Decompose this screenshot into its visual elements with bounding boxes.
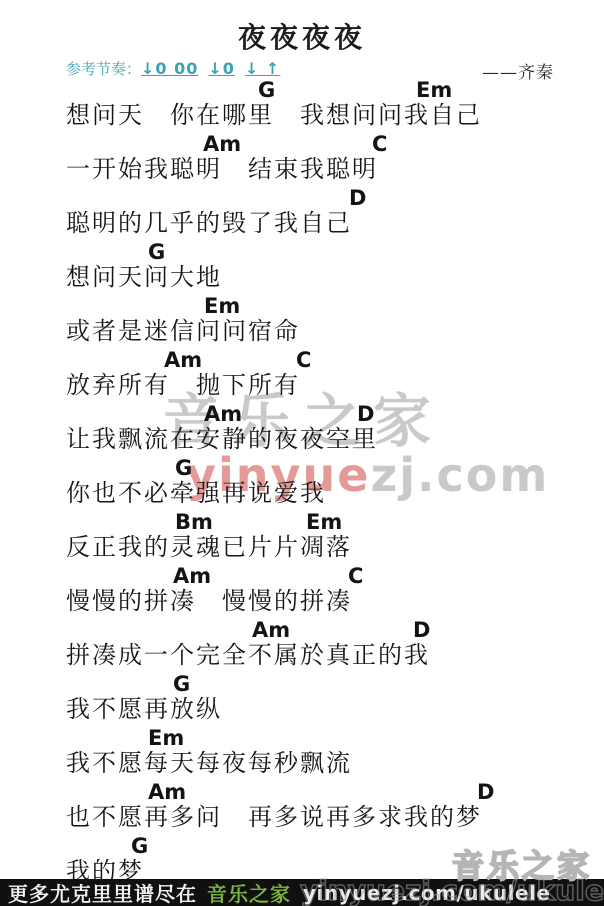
chord-label: G bbox=[131, 835, 148, 857]
chord-label: Am bbox=[252, 619, 290, 641]
song-line-8: G你也不必牵强再说爱我 bbox=[0, 457, 604, 511]
chord-label: G bbox=[175, 457, 192, 479]
chord-label: D bbox=[477, 781, 494, 803]
chord-lyric-lines: GEm想问天 你在哪里 我想问问我自己AmC一开始我聪明 结束我聪明D聪明的几乎… bbox=[0, 0, 604, 906]
lyric-line: 聪明的几乎的毁了我自己 bbox=[66, 208, 352, 238]
chord-label: C bbox=[372, 133, 387, 155]
song-line-1: GEm想问天 你在哪里 我想问问我自己 bbox=[0, 79, 604, 133]
song-line-2: AmC一开始我聪明 结束我聪明 bbox=[0, 133, 604, 187]
chord-label: D bbox=[349, 187, 366, 209]
chord-label: Em bbox=[204, 295, 240, 317]
song-line-9: BmEm反正我的灵魂已片片凋落 bbox=[0, 511, 604, 565]
lyric-line: 一开始我聪明 结束我聪明 bbox=[66, 154, 378, 184]
chord-label: Am bbox=[173, 565, 211, 587]
lyric-line: 或者是迷信问问宿命 bbox=[66, 316, 300, 346]
chord-label: D bbox=[357, 403, 374, 425]
song-line-3: D聪明的几乎的毁了我自己 bbox=[0, 187, 604, 241]
chord-label: G bbox=[173, 673, 190, 695]
lyric-line: 反正我的灵魂已片片凋落 bbox=[66, 532, 352, 562]
lyric-line: 我不愿每天每夜每秒飘流 bbox=[66, 748, 352, 778]
footer-text: 更多尤克里里谱尽在 bbox=[8, 878, 197, 906]
lyric-line: 让我飘流在安静的夜夜空里 bbox=[66, 424, 378, 454]
song-line-12: G我不愿再放纵 bbox=[0, 673, 604, 727]
lyric-line: 你也不必牵强再说爱我 bbox=[66, 478, 326, 508]
lyric-line: 想问天问大地 bbox=[66, 262, 222, 292]
song-line-7: AmD让我飘流在安静的夜夜空里 bbox=[0, 403, 604, 457]
chord-label: G bbox=[148, 241, 165, 263]
chord-label: C bbox=[296, 349, 311, 371]
song-line-11: AmD拼凑成一个完全不属於真正的我 bbox=[0, 619, 604, 673]
footer-brand: 音乐之家 bbox=[207, 878, 291, 906]
chord-label: D bbox=[413, 619, 430, 641]
chord-label: Am bbox=[148, 781, 186, 803]
song-line-5: Em或者是迷信问问宿命 bbox=[0, 295, 604, 349]
song-line-4: G想问天问大地 bbox=[0, 241, 604, 295]
lyric-line: 放弃所有 抛下所有 bbox=[66, 370, 300, 400]
song-line-13: Em我不愿每天每夜每秒飘流 bbox=[0, 727, 604, 781]
lyric-line: 拼凑成一个完全不属於真正的我 bbox=[66, 640, 430, 670]
chord-label: G bbox=[258, 79, 275, 101]
watermark-corner-logo: 音乐之家 bbox=[452, 841, 592, 887]
chord-label: Bm bbox=[175, 511, 213, 533]
song-line-14: AmD也不愿再多问 再多说再多求我的梦 bbox=[0, 781, 604, 835]
lyric-line: 也不愿再多问 再多说再多求我的梦 bbox=[66, 802, 482, 832]
chord-label: Em bbox=[306, 511, 342, 533]
lyric-line: 我不愿再放纵 bbox=[66, 694, 222, 724]
song-line-6: AmC放弃所有 抛下所有 bbox=[0, 349, 604, 403]
chord-label: Em bbox=[148, 727, 184, 749]
chord-label: Am bbox=[203, 133, 241, 155]
song-line-10: AmC慢慢的拼凑 慢慢的拼凑 bbox=[0, 565, 604, 619]
chord-label: Em bbox=[416, 79, 452, 101]
lyric-line: 想问天 你在哪里 我想问问我自己 bbox=[66, 100, 482, 130]
chord-label: Am bbox=[204, 403, 242, 425]
chord-sheet-page: 夜夜夜夜 参考节奏：↓0 00↓0↓ ↑ ——齐秦 音乐之家 yinyuezj.… bbox=[0, 0, 604, 906]
lyric-line: 慢慢的拼凑 慢慢的拼凑 bbox=[66, 586, 352, 616]
chord-label: Am bbox=[164, 349, 202, 371]
chord-label: C bbox=[348, 565, 363, 587]
